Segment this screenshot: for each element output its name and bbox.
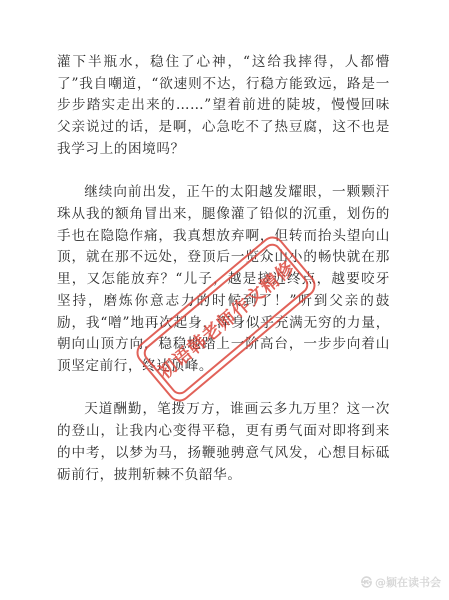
source-watermark: ㉿ @颖在读书会 [361, 574, 441, 590]
paragraph-3: 天道酬勤，笔拨万方，谁画云多九万里？这一次的登山，让我内心变得平稳，更有勇气面对… [57, 399, 390, 486]
platform-logo-icon: ㉿ [361, 574, 372, 590]
document-page: 灌下半瓶水，稳住了心神，“这给我摔得，人都懵了”我自嘲道，“欲速则不达，行稳方能… [0, 0, 449, 600]
watermark-text: @颖在读书会 [375, 574, 441, 590]
paragraph-1: 灌下半瓶水，稳住了心神，“这给我摔得，人都懵了”我自嘲道，“欲速则不达，行稳方能… [57, 52, 390, 161]
